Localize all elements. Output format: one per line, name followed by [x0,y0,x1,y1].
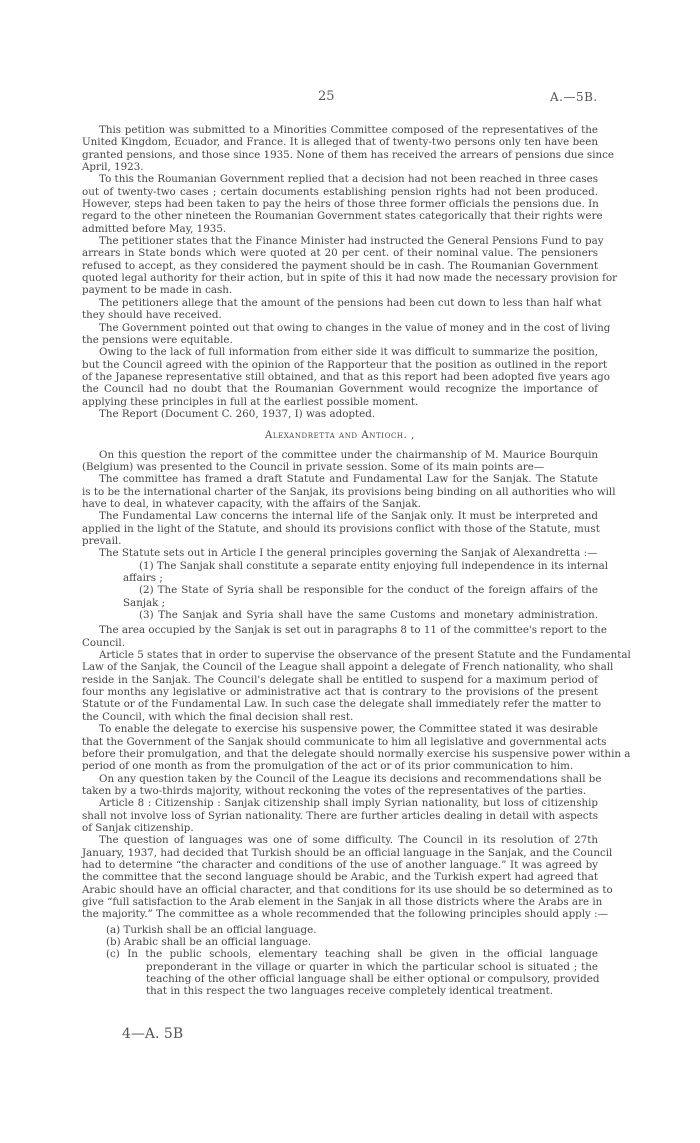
text-line: This petition was submitted to a Minorit… [82,124,598,136]
text-line: admitted before May, 1935. [82,223,598,235]
page-number: 25 [318,89,335,104]
text-line: Arabic should have an official character… [82,884,598,896]
text-line: but the Council agreed with the opinion … [82,359,598,371]
text-line: regard to the other nineteen the Roumani… [82,210,598,222]
language-principle-c-cont: teaching of the other official language … [82,973,598,985]
text-line: the pensions were equitable. [82,334,598,346]
text-line: The committee has framed a draft Statute… [82,473,598,485]
text-line: Council. [82,637,598,649]
text-line: granted pensions, and those since 1935. … [82,149,598,161]
text-line: The Fundamental Law concerns the interna… [82,510,598,522]
text-line: refused to accept, as they considered th… [82,260,598,272]
text-line: shall not involve loss of Syrian nationa… [82,810,598,822]
text-line: of Sanjak citizenship. [82,822,598,834]
text-line: The Government pointed out that owing to… [82,322,598,334]
text-line: The petitioner states that the Finance M… [82,235,598,247]
text-line: is to be the international charter of th… [82,486,598,498]
text-line: had to determine “the character and cond… [82,859,598,871]
text-line: the committee that the second language s… [82,871,598,883]
principle-1: (1) The Sanjak shall constitute a separa… [82,560,598,572]
text-line: prevail. [82,535,598,547]
text-line: To enable the delegate to exercise his s… [82,723,598,735]
text-line: The Report (Document C. 260, 1937, I) wa… [82,408,598,420]
text-line: of the Japanese representative still obt… [82,371,598,383]
principle-2: (2) The State of Syria shall be responsi… [82,584,598,596]
language-principle-c-cont: that in this respect the two languages r… [82,985,598,997]
text-line: the Council, with which the final decisi… [82,711,598,723]
text-line: Article 5 states that in order to superv… [82,649,598,661]
text-line: Owing to the lack of full information fr… [82,346,598,358]
text-line: On this question the report of the commi… [82,449,598,461]
text-line: (Belgium) was presented to the Council i… [82,461,598,473]
section-heading-alexandretta: Alexandretta and Antioch. , [82,430,598,442]
text-line: period of one month as from the promulga… [82,760,598,772]
text-line: give “full satisfaction to the Arab elem… [82,896,598,908]
document-reference: A.—5B. [550,90,598,104]
text-line: Law of the Sanjak, the Council of the Le… [82,661,598,673]
text-line: have to deal, in whatever capacity, with… [82,498,598,510]
language-principle-c: (c) In the public schools, elementary te… [82,948,598,960]
language-principles-list: (a) Turkish shall be an official languag… [82,924,598,998]
text-line: four months any legislative or administr… [82,686,598,698]
text-line: out of twenty-two cases ; certain docume… [82,186,598,198]
document-body: This petition was submitted to a Minorit… [82,124,598,998]
alexandretta-details: The area occupied by the Sanjak is set o… [82,624,598,920]
text-line: the majority.” The committee as a whole … [82,908,598,920]
text-line: applied in the light of the Statute, and… [82,523,598,535]
text-line: payment to be made in cash. [82,284,598,296]
text-line: that the Government of the Sanjak should… [82,736,598,748]
text-line: The Statute sets out in Article I the ge… [82,547,598,559]
text-line: quoted legal authority for their action,… [82,272,598,284]
text-line: applying these principles in full at the… [82,396,598,408]
alexandretta-intro: On this question the report of the commi… [82,449,598,560]
language-principle-c-cont: preponderant in the village or quarter i… [82,961,598,973]
text-line: The area occupied by the Sanjak is set o… [82,624,598,636]
text-line: taken by a two-thirds majority, without … [82,785,598,797]
text-line: April, 1923. [82,161,598,173]
text-line: Article 8 : Citizenship : Sanjak citizen… [82,797,598,809]
text-line: arrears in State bonds which were quoted… [82,247,598,259]
text-line: United Kingdom, Ecuador, and France. It … [82,136,598,148]
principle-2-cont: Sanjak ; [82,597,598,609]
text-line: To this the Roumanian Government replied… [82,173,598,185]
text-line: they should have received. [82,309,598,321]
language-principle-a: (a) Turkish shall be an official languag… [82,924,598,936]
language-principle-b: (b) Arabic shall be an official language… [82,936,598,948]
statute-principles-list: (1) The Sanjak shall constitute a separa… [82,560,598,622]
text-line: the Council had no doubt that the Rouman… [82,383,598,395]
footer-signature: 4—A. 5B [122,1026,183,1042]
petition-section: This petition was submitted to a Minorit… [82,124,598,420]
text-line: before their promulgation, and that the … [82,748,598,760]
text-line: Statute or of the Fundamental Law. In su… [82,698,598,710]
document-page: 25 A.—5B. This petition was submitted to… [0,0,700,1143]
principle-3: (3) The Sanjak and Syria shall have the … [82,609,598,621]
text-line: On any question taken by the Council of … [82,773,598,785]
principle-1-cont: affairs ; [82,572,598,584]
text-line: However, steps had been taken to pay the… [82,198,598,210]
text-line: January, 1937, had decided that Turkish … [82,847,598,859]
text-line: The petitioners allege that the amount o… [82,297,598,309]
text-line: reside in the Sanjak. The Council's dele… [82,674,598,686]
text-line: The question of languages was one of som… [82,834,598,846]
